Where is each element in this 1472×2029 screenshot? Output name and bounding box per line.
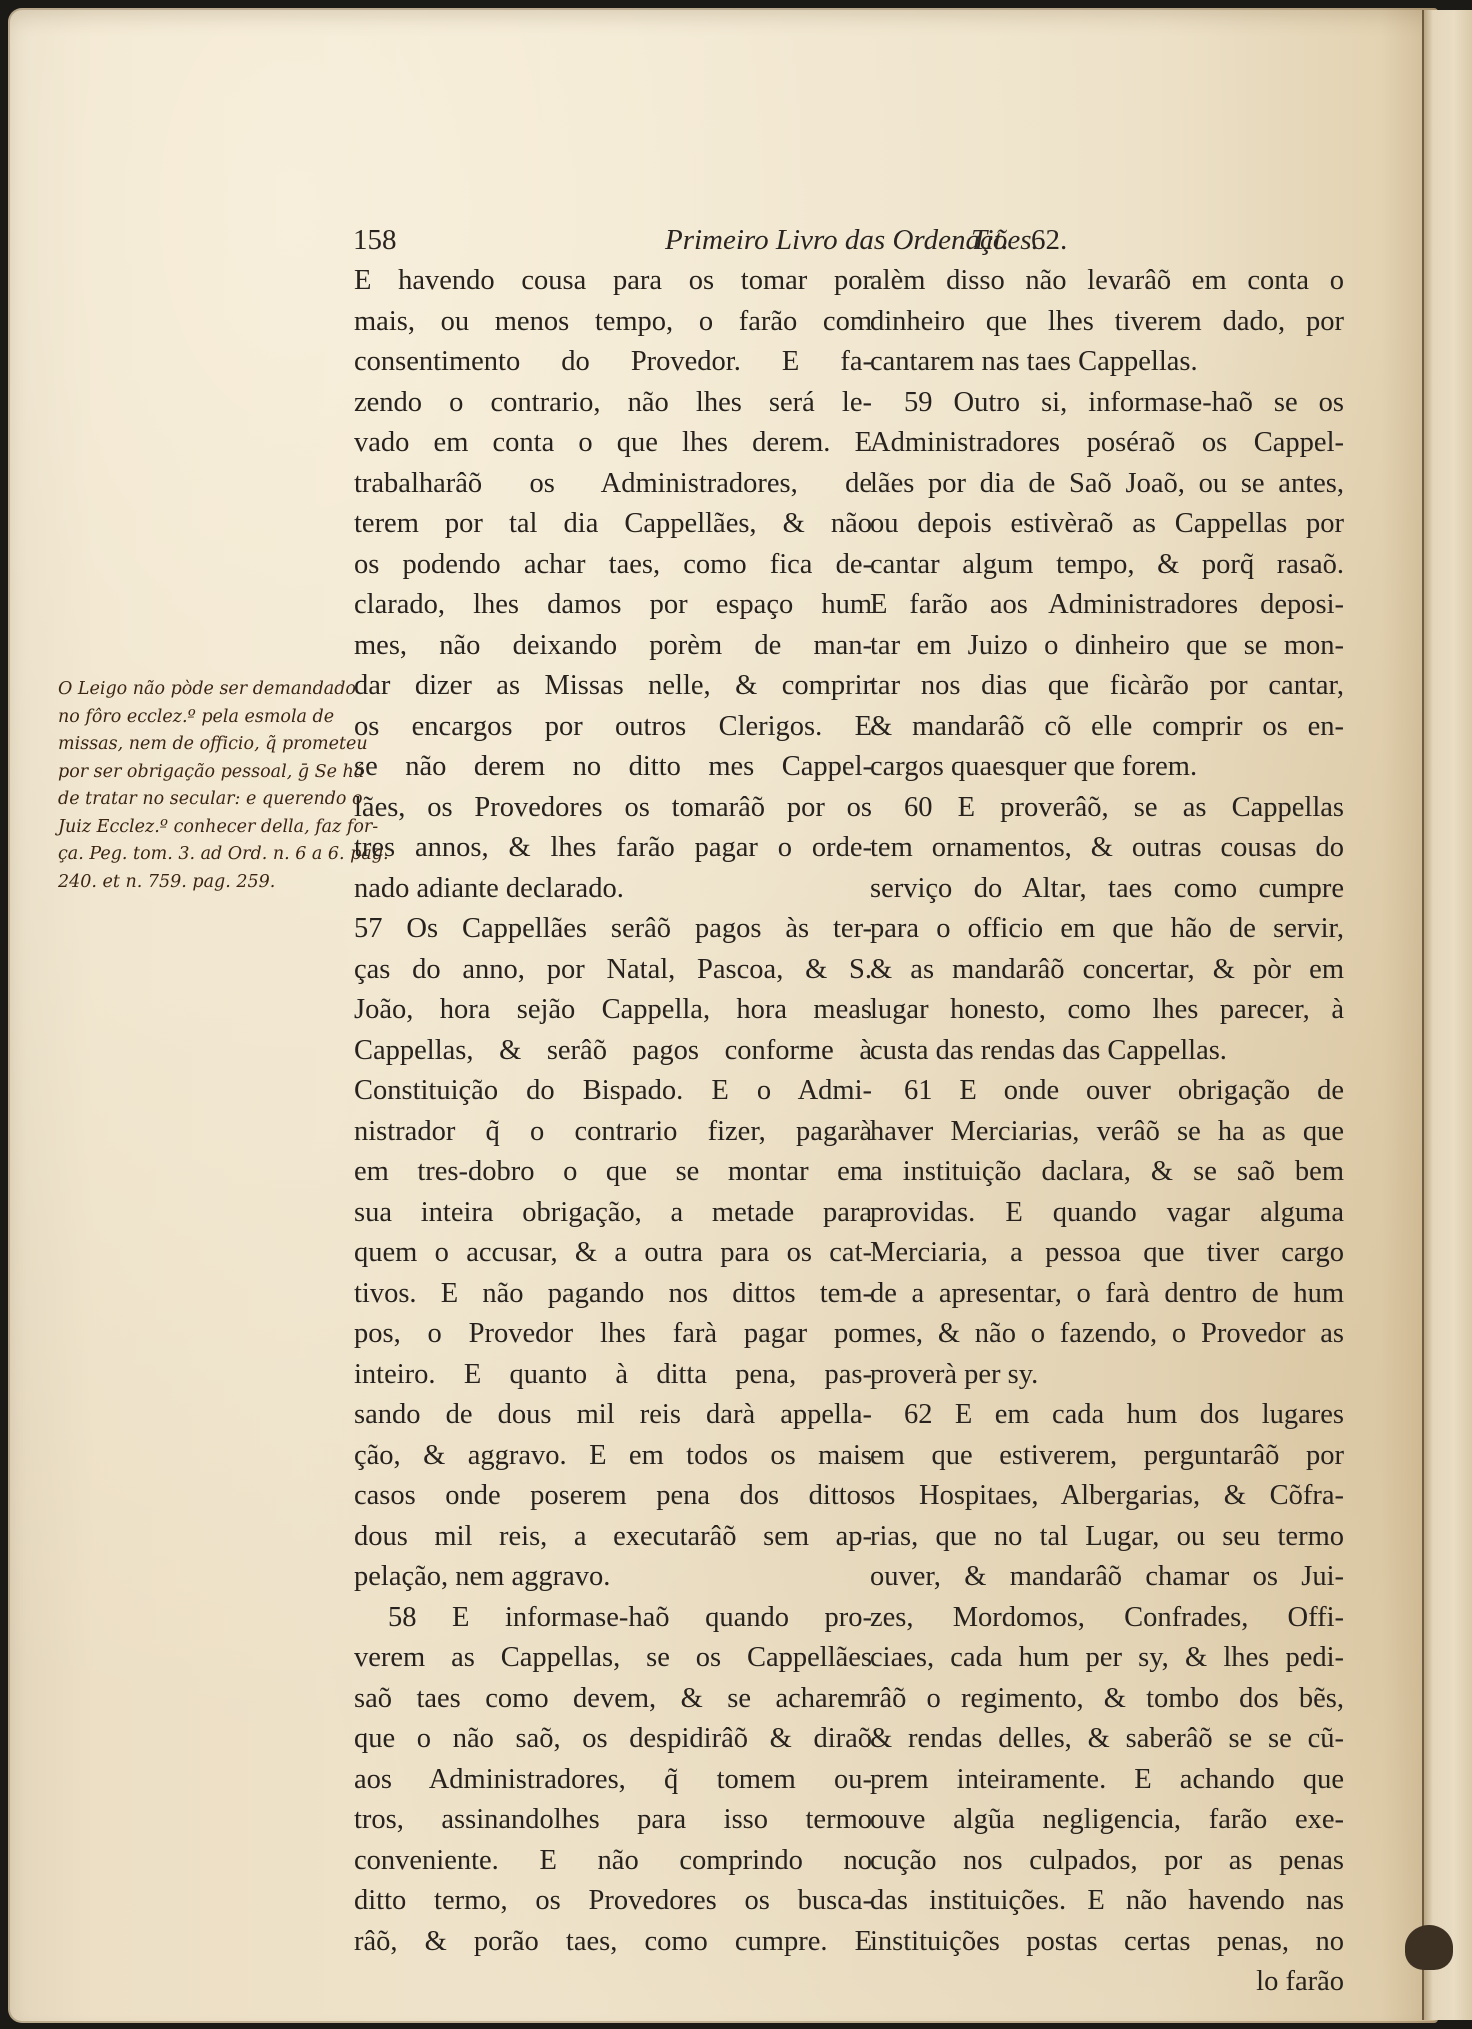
page-number: 158	[353, 220, 397, 260]
note-line: Juiz Ecclez.º conhecer della, faz for-	[58, 814, 358, 842]
text-line: cargos quaesquer que forem.	[870, 747, 1344, 788]
text-line: providas. E quando vagar alguma	[870, 1193, 1344, 1234]
text-line: mes, & não o fazendo, o Provedor as	[870, 1314, 1344, 1355]
text-line: vado em conta o que lhes derem. E	[354, 423, 872, 464]
text-line: ouve algũa negligencia, farão exe-	[870, 1800, 1344, 1841]
book-page: 158 Primeiro Livro das Ordenações. Tit. …	[8, 8, 1438, 2023]
text-line: que o não saõ, os despidirâõ & diraõ	[354, 1719, 872, 1760]
text-line: ção, & aggravo. E em todos os mais	[354, 1436, 872, 1477]
text-line: cantar algum tempo, & porq̃ rasaõ.	[870, 545, 1344, 586]
text-line: trabalharâõ os Administradores, de	[354, 464, 872, 505]
text-line: cução nos culpados, por as penas	[870, 1841, 1344, 1882]
text-line: mais, ou menos tempo, o farão com	[354, 302, 872, 343]
running-head: 158 Primeiro Livro das Ordenações. Tit. …	[353, 220, 1103, 260]
adjacent-page-edge	[1422, 10, 1472, 2020]
paragraph-57-start: 57 Os Cappellães serâõ pagos às ter-	[354, 909, 872, 950]
text-line: E havendo cousa para os tomar por	[354, 261, 872, 302]
note-line: no fôro ecclez.º pela esmola de	[58, 704, 358, 732]
text-line: Cappellas, & serâõ pagos conforme à	[354, 1031, 872, 1072]
text-line: nado adiante declarado.	[354, 869, 872, 910]
paragraph-60-start: 60 E proverâõ, se as Cappellas	[870, 788, 1344, 829]
text-line: quem o accusar, & a outra para os cat-	[354, 1233, 872, 1274]
text-line: tivos. E não pagando nos dittos tem-	[354, 1274, 872, 1315]
text-line: tem ornamentos, & outras cousas do	[870, 828, 1344, 869]
handwritten-marginal-note: O Leigo não pòde ser demandado no fôro e…	[58, 676, 358, 896]
text-line: ditto termo, os Provedores os busca-	[354, 1881, 872, 1922]
note-line: 240. et n. 759. pag. 259.	[58, 869, 358, 897]
text-line: João, hora sejão Cappella, hora meas	[354, 990, 872, 1031]
text-line: instituições postas certas penas, no	[870, 1922, 1344, 1963]
text-line: os encargos por outros Clerigos. E	[354, 707, 872, 748]
text-line: em tres-dobro o que se montar em	[354, 1152, 872, 1193]
text-line: saõ taes como devem, & se acharem	[354, 1679, 872, 1720]
text-line: proverà per sy.	[870, 1355, 1344, 1396]
text-line: lães por dia de Saõ Joaõ, ou se antes,	[870, 464, 1344, 505]
text-line: ças do anno, por Natal, Pascoa, & S.	[354, 950, 872, 991]
text-line: inteiro. E quanto à ditta pena, pas-	[354, 1355, 872, 1396]
text-line: sua inteira obrigação, a metade para	[354, 1193, 872, 1234]
text-line: casos onde poserem pena dos dittos	[354, 1476, 872, 1517]
text-line: dous mil reis, a executarâõ sem ap-	[354, 1517, 872, 1558]
text-line: serviço do Altar, taes como cumpre	[870, 869, 1344, 910]
text-line: prem inteiramente. E achando que	[870, 1760, 1344, 1801]
ink-stain	[1405, 1925, 1453, 1970]
right-text-column: alèm disso não levarâõ em conta o dinhei…	[870, 261, 1344, 2003]
text-line: custa das rendas das Cappellas.	[870, 1031, 1344, 1072]
text-line: tres annos, & lhes farão pagar o orde-	[354, 828, 872, 869]
text-line: E farão aos Administradores deposi-	[870, 585, 1344, 626]
text-line: tros, assinandolhes para isso termo	[354, 1800, 872, 1841]
text-line: das instituições. E não havendo nas	[870, 1881, 1344, 1922]
note-line: ça. Peg. tom. 3. ad Ord. n. 6 a 6. pag.	[58, 841, 358, 869]
text-line: ouver, & mandarâõ chamar os Jui-	[870, 1557, 1344, 1598]
title-label: Tit.	[971, 220, 1009, 260]
text-line: & mandarâõ cõ elle comprir os en-	[870, 707, 1344, 748]
text-line: Constituição do Bispado. E o Admi-	[354, 1071, 872, 1112]
note-line: missas, nem de officio, q̃ prometeu	[58, 731, 358, 759]
note-line: por ser obrigação pessoal, ḡ Se há	[58, 759, 358, 787]
text-line: verem as Cappellas, se os Cappellães	[354, 1638, 872, 1679]
text-line: Merciaria, a pessoa que tiver cargo	[870, 1233, 1344, 1274]
text-line: & as mandarâõ concertar, & pòr em	[870, 950, 1344, 991]
text-line: dar dizer as Missas nelle, & comprir	[354, 666, 872, 707]
title-number: 62.	[1031, 220, 1067, 260]
text-line: lães, os Provedores os tomarâõ por os	[354, 788, 872, 829]
text-line: cantarem nas taes Cappellas.	[870, 342, 1344, 383]
text-line: consentimento do Provedor. E fa-	[354, 342, 872, 383]
text-line: de a apresentar, o farà dentro de hum	[870, 1274, 1344, 1315]
text-line: aos Administradores, q̃ tomem ou-	[354, 1760, 872, 1801]
paragraph-58-start: 58 E informase-haõ quando pro-	[354, 1598, 872, 1639]
text-line: haver Merciarias, verâõ se ha as que	[870, 1112, 1344, 1153]
text-line: ciaes, cada hum per sy, & lhes pedi-	[870, 1638, 1344, 1679]
text-line: zendo o contrario, não lhes será le-	[354, 383, 872, 424]
text-line: sando de dous mil reis darà appella-	[354, 1395, 872, 1436]
text-line: ou depois estivèraõ as Cappellas por	[870, 504, 1344, 545]
text-line: os podendo achar taes, como fica de-	[354, 545, 872, 586]
text-line: Administradores poséraõ os Cappel-	[870, 423, 1344, 464]
paragraph-61-start: 61 E onde ouver obrigação de	[870, 1071, 1344, 1112]
text-line: se não derem no ditto mes Cappel-	[354, 747, 872, 788]
text-line: tar nos dias que ficàrão por cantar,	[870, 666, 1344, 707]
text-line: terem por tal dia Cappellães, & não	[354, 504, 872, 545]
text-line: conveniente. E não comprindo no	[354, 1841, 872, 1882]
text-line: alèm disso não levarâõ em conta o	[870, 261, 1344, 302]
text-line: lugar honesto, como lhes parecer, à	[870, 990, 1344, 1031]
text-line: & rendas delles, & saberâõ se se cũ-	[870, 1719, 1344, 1760]
paragraph-62-start: 62 E em cada hum dos lugares	[870, 1395, 1344, 1436]
paragraph-59-start: 59 Outro si, informase-haõ se os	[870, 383, 1344, 424]
note-line: O Leigo não pòde ser demandado	[58, 676, 358, 704]
text-line: para o officio em que hão de servir,	[870, 909, 1344, 950]
text-line: nistrador q̃ o contrario fizer, pagarà	[354, 1112, 872, 1153]
text-line: mes, não deixando porèm de man-	[354, 626, 872, 667]
text-line: tar em Juizo o dinheiro que se mon-	[870, 626, 1344, 667]
text-line: pelação, nem aggravo.	[354, 1557, 872, 1598]
text-line: pos, o Provedor lhes farà pagar por	[354, 1314, 872, 1355]
left-text-column: E havendo cousa para os tomar por mais, …	[354, 261, 872, 1962]
text-line: rias, que no tal Lugar, ou seu termo	[870, 1517, 1344, 1558]
note-line: de tratar no secular: e querendo o	[58, 786, 358, 814]
text-line: râõ, & porão taes, como cumpre. E	[354, 1922, 872, 1963]
text-line: a instituição daclara, & se saõ bem	[870, 1152, 1344, 1193]
text-line: clarado, lhes damos por espaço hum	[354, 585, 872, 626]
text-line: dinheiro que lhes tiverem dado, por	[870, 302, 1344, 343]
text-line: zes, Mordomos, Confrades, Offi-	[870, 1598, 1344, 1639]
text-line: râõ o regimento, & tombo dos bẽs,	[870, 1679, 1344, 1720]
text-line: os Hospitaes, Albergarias, & Cõfra-	[870, 1476, 1344, 1517]
catchword: lo farão	[870, 1962, 1344, 2003]
text-line: em que estiverem, perguntarâõ por	[870, 1436, 1344, 1477]
